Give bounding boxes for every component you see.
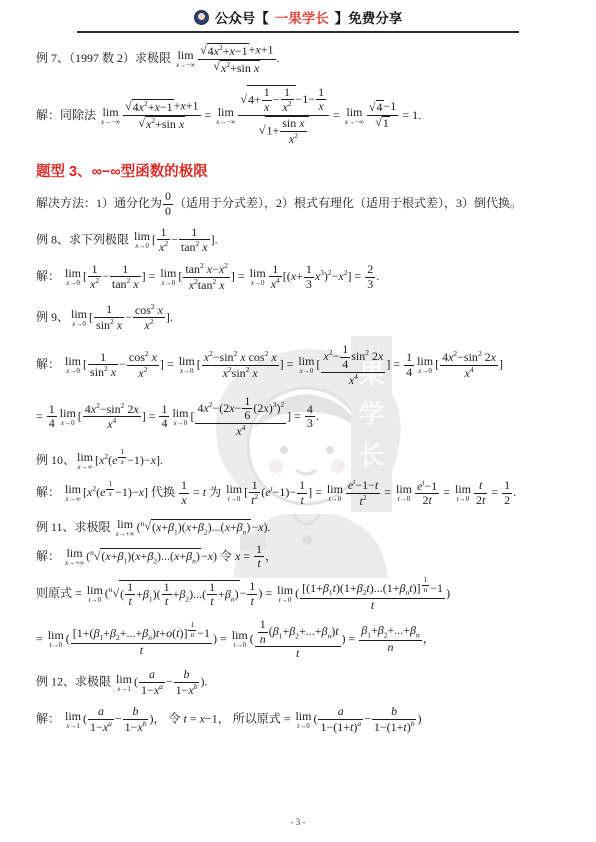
line-solution-9-step2: = 14limx→0[4x2−sin2 2xx4] = 14limx→0[4x2… xyxy=(36,395,568,439)
official-account-avatar-icon xyxy=(194,10,209,25)
line-method: 解决方法：1）通分化为00（适用于分式差），2）根式有理化（适用于根式差），3）… xyxy=(36,190,568,219)
header-divider xyxy=(77,31,519,33)
line-section-title: 题型 3、∞−∞型函数的极限 xyxy=(36,163,568,181)
line-example-10: 例 10、limx→∞[x2(e1x−1)−x]. xyxy=(36,448,568,471)
line-solution-7: 解：同除法 limx→−∞√4x2+x−1+x+1√x2+sin x = lim… xyxy=(36,85,568,147)
line-solution-11-step2: 则原式 = limt→0(n√(1t+β1)(1t+β2)...(1t+βn)−… xyxy=(36,576,568,612)
line-example-9: 例 9、limx→0[1sin2 x−cos2 xx2]. xyxy=(36,303,568,334)
line-solution-10: 解： limx→∞[x2(e1x−1)−x] 代换 1x = t 为 limt→… xyxy=(36,478,568,509)
page-number: - 3 - xyxy=(291,817,306,827)
document-content: 例 7、（1997 数 2）求极限 limx→−∞√4x2+x−1+x+1√x2… xyxy=(0,33,596,734)
line-solution-11-step3: = limt→0([1+(β1+β2+...+βn)t+o(t)]1n−1t) … xyxy=(36,618,568,661)
line-example-11: 例 11、求极限 limx→+∞(n√(x+β1)(x+β2)...(x+βn)… xyxy=(36,518,568,538)
document-page: 公众号 果学长 公众号【一果学长】免费分享 例 7、（1997 数 2）求极限 … xyxy=(0,0,596,842)
line-example-7: 例 7、（1997 数 2）求极限 limx→−∞√4x2+x−1+x+1√x2… xyxy=(36,43,568,76)
header-title-suffix: 】免费分享 xyxy=(335,7,403,27)
line-example-12: 例 12、求极限 limx→1(a1−xa−b1−xb). xyxy=(36,668,568,698)
line-solution-12: 解： limx→1(a1−xa−b1−xb)， 令 t = x−1， 所以原式 … xyxy=(36,705,568,735)
line-solution-9-step1: 解： limx→0[1sin2 x−cos2 xx2] = limx→0[x2−… xyxy=(36,343,568,387)
page-footer: - 3 - xyxy=(0,817,596,827)
page-header: 公众号【一果学长】免费分享 xyxy=(0,0,596,27)
header-title-prefix: 公众号【 xyxy=(215,7,269,27)
line-solution-11-step1: 解： limx→+∞(n√(x+β1)(x+β2)...(x+βn)−x) 令 … xyxy=(36,543,568,572)
line-solution-8: 解： limx→0[1x2−1tan2 x] = limx→0[tan2 x−x… xyxy=(36,262,568,293)
header-brand-name: 一果学长 xyxy=(275,7,329,27)
line-example-8: 例 8、求下列极限 limx→0[1x2−1tan2 x]. xyxy=(36,226,568,256)
